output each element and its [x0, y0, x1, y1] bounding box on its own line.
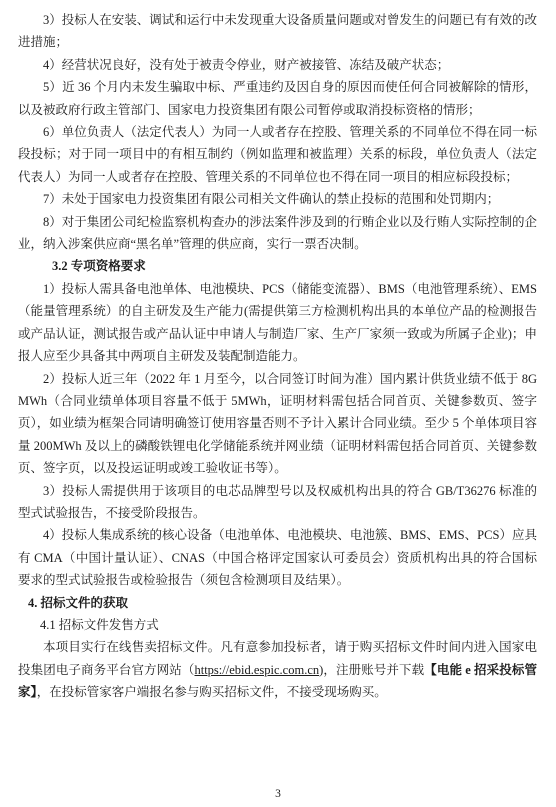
purchase-text-mid: )，注册账号并下载 — [319, 663, 424, 677]
clause-3: 3）投标人在安装、调试和运行中未发现重大设备质量问题或对曾发生的问题已有有效的改… — [18, 9, 537, 54]
section-4-heading: 4. 招标文件的获取 — [18, 592, 537, 614]
special-clause-4: 4）投标人集成系统的核心设备（电池单体、电池模块、电池簇、BMS、EMS、PCS… — [18, 524, 537, 591]
section-3-2-heading: 3.2 专项资格要求 — [18, 255, 537, 277]
section-4-1-heading: 4.1 招标文件发售方式 — [18, 614, 537, 636]
special-clause-2: 2）投标人近三年（2022 年 1 月至今，以合同签订时间为准）国内累计供货业绩… — [18, 368, 537, 480]
ebid-platform-link[interactable]: https://ebid.espic.com.cn — [194, 663, 319, 677]
purchase-text-tail: ，在投标管家客户端报名参与购买招标文件，不接受现场购买。 — [37, 685, 387, 699]
document-page: 3）投标人在安装、调试和运行中未发现重大设备质量问题或对曾发生的问题已有有效的改… — [0, 0, 556, 807]
page-number: 3 — [0, 788, 556, 800]
purchase-paragraph: 本项目实行在线售卖招标文件。凡有意参加投标者，请于购买招标文件时间内进入国家电投… — [18, 636, 537, 703]
clause-4: 4）经营状况良好，没有处于被责令停业，财产被接管、冻结及破产状态； — [18, 54, 537, 76]
special-clause-3: 3）投标人需提供用于该项目的电芯品牌型号以及权威机构出具的符合 GB/T3627… — [18, 480, 537, 525]
clause-6: 6）单位负责人（法定代表人）为同一人或者存在控股、管理关系的不同单位不得在同一标… — [18, 121, 537, 188]
special-clause-1: 1）投标人需具备电池单体、电池模块、PCS（储能变流器）、BMS（电池管理系统）… — [18, 278, 537, 368]
clause-8: 8）对于集团公司纪检监察机构查办的涉法案件涉及到的行贿企业以及行贿人实际控制的企… — [18, 211, 537, 256]
clause-5: 5）近 36 个月内未发生骗取中标、严重违约及因自身的原因而使任何合同被解除的情… — [18, 76, 537, 121]
clause-7: 7）未处于国家电力投资集团有限公司相关文件确认的禁止投标的范围和处罚期内； — [18, 188, 537, 210]
